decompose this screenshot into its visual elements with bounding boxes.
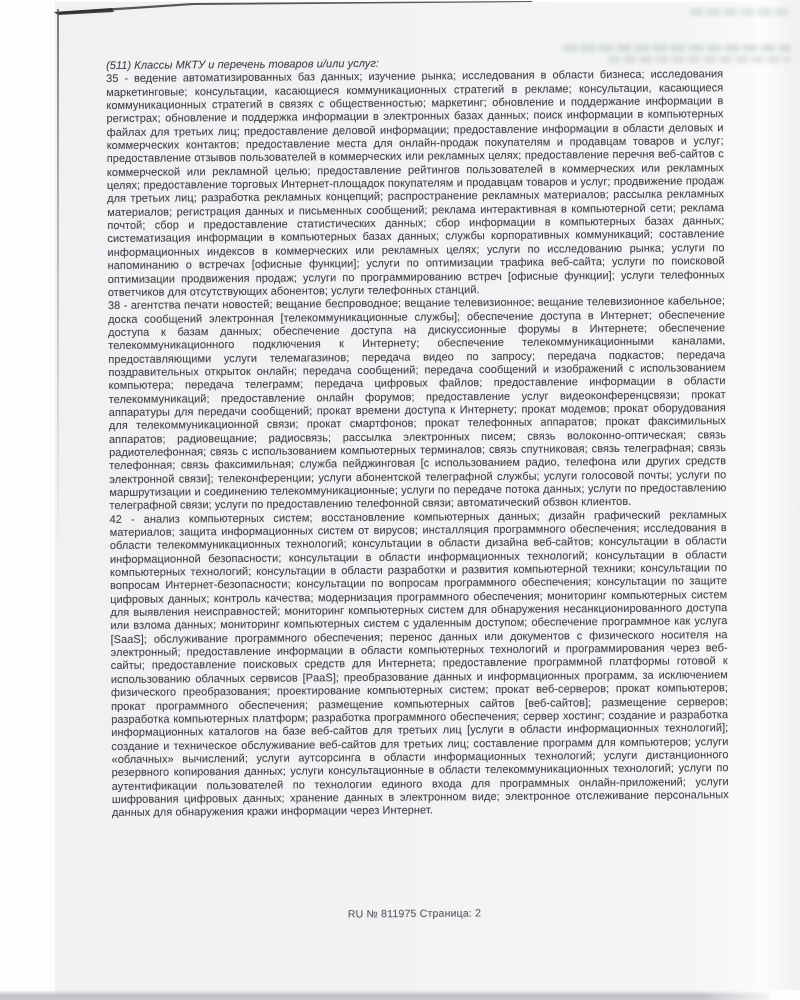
page-bottom-edge-shadow: [0, 990, 770, 1000]
bleed-through-text-artifact: [563, 44, 791, 52]
page-top-edge-line: [52, 0, 542, 16]
class-35-services-paragraph: 35 - ведение автоматизированных баз данн…: [106, 68, 725, 300]
binding-shadow-line: [57, 9, 59, 554]
bleed-through-text-artifact: [690, 8, 790, 16]
page-bottom-edge-fade: [700, 990, 800, 1000]
class-38-services-paragraph: 38 - агентства печати новостей; вещание …: [108, 295, 727, 513]
class-42-services-paragraph: 42 - анализ компьютерных систем; восстан…: [110, 509, 729, 821]
scanned-document-page: { "document": { "header": "(511) Классы …: [0, 0, 800, 1000]
scanner-bed-shadow: [762, 0, 800, 1000]
document-body: (511) Классы МКТУ и перечень товаров и/и…: [106, 55, 729, 820]
